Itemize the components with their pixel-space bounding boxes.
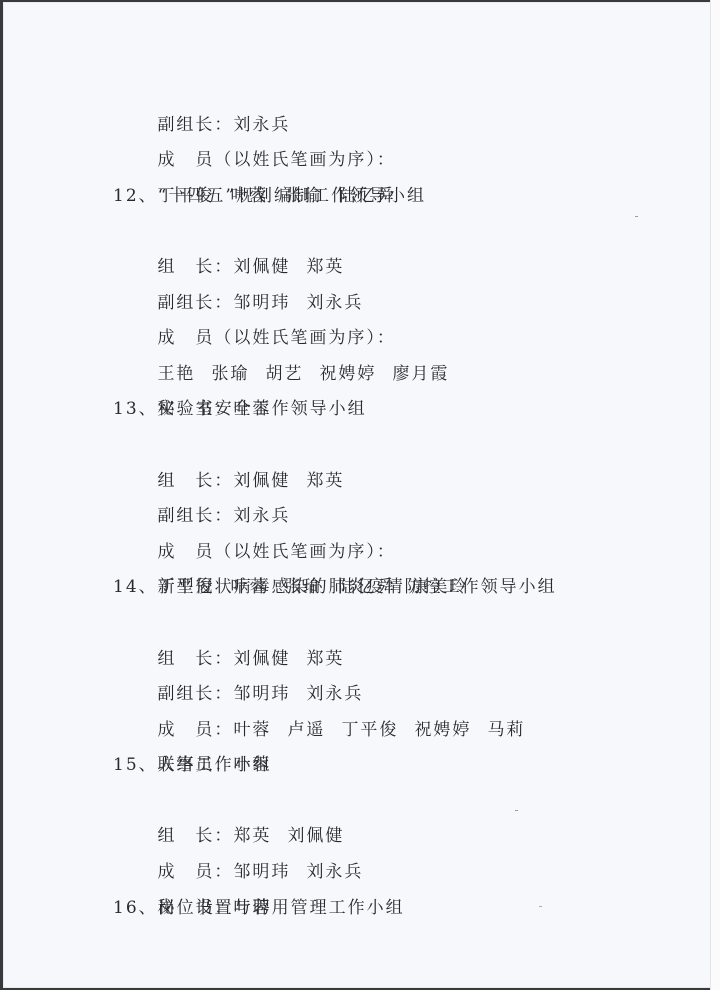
member-name: 刘佩健 <box>233 464 290 500</box>
section-heading-16: 16、岗位设置与聘用管理工作小组 <box>113 891 673 927</box>
member-name: 丁平俊 <box>341 713 398 749</box>
scan-speck <box>515 810 518 811</box>
role-line-deputy-leader: 副组长：刘永兵 <box>113 72 673 108</box>
section-heading-14: 14、新型冠状病毒感染的肺炎疫情防控工作领导小组 <box>113 570 673 606</box>
member-name: 刘佩健 <box>287 819 344 855</box>
scan-speck <box>635 216 638 217</box>
section-heading-12: 12、“十四五”规划编制工作领导小组 <box>113 179 673 215</box>
section-heading-15: 15、人事工作小组 <box>113 748 673 784</box>
role-label: 成 员（以姓氏笔画为序）： <box>157 321 396 357</box>
scan-speck <box>539 906 542 907</box>
member-name: 王艳 <box>157 357 195 393</box>
member-name: 刘永兵 <box>233 108 290 144</box>
role-line-leader: 组 长：刘佩健郑英 <box>113 214 673 250</box>
member-name: 邹明玮 <box>233 286 290 322</box>
member-name: 郑英 <box>306 642 344 678</box>
role-label: 组 长： <box>157 819 233 855</box>
scanned-page: 副组长：刘永兵 成 员（以姓氏笔画为序）： 丁平俊叶蓉张瑜陆亿舜 12、“十四五… <box>3 2 711 988</box>
role-label: 成 员（以姓氏笔画为序）： <box>157 535 396 571</box>
role-label: 副组长： <box>157 286 233 322</box>
role-label: 组 长： <box>157 642 233 678</box>
member-name: 郑英 <box>306 250 344 286</box>
member-name: 刘永兵 <box>306 286 363 322</box>
role-label: 组 长： <box>157 250 233 286</box>
scan-right-edge <box>710 0 720 990</box>
member-name: 马莉 <box>487 713 525 749</box>
role-label: 副组长： <box>157 108 233 144</box>
member-name: 邹明玮 <box>233 855 290 891</box>
member-name: 郑英 <box>233 819 271 855</box>
member-name: 廖月霞 <box>392 357 449 393</box>
member-name: 郑英 <box>306 464 344 500</box>
member-name: 刘永兵 <box>306 855 363 891</box>
role-label: 副组长： <box>157 677 233 713</box>
role-label: 副组长： <box>157 499 233 535</box>
role-line-leader: 组 长：刘佩健郑英 <box>113 606 673 642</box>
section-heading-13: 13、实验室安全工作领导小组 <box>113 392 673 428</box>
member-name: 卢遥 <box>287 713 325 749</box>
member-name: 刘佩健 <box>233 642 290 678</box>
member-name: 张瑜 <box>211 357 249 393</box>
role-label: 组 长： <box>157 464 233 500</box>
member-name: 祝娉婷 <box>414 713 471 749</box>
role-label: 成 员： <box>157 713 233 749</box>
role-line-leader: 组 长：刘佩健郑英 <box>113 428 673 464</box>
member-name: 邹明玮 <box>233 677 290 713</box>
role-label: 成 员： <box>157 855 233 891</box>
role-label: 成 员（以姓氏笔画为序）： <box>157 143 396 179</box>
member-name: 祝娉婷 <box>319 357 376 393</box>
member-name: 叶蓉 <box>233 713 271 749</box>
member-name: 刘佩健 <box>233 250 290 286</box>
member-name: 胡艺 <box>265 357 303 393</box>
member-name: 刘永兵 <box>306 677 363 713</box>
member-name: 刘永兵 <box>233 499 290 535</box>
document-body: 副组长：刘永兵 成 员（以姓氏笔画为序）： 丁平俊叶蓉张瑜陆亿舜 12、“十四五… <box>113 72 673 926</box>
role-line-leader: 组 长：郑英刘佩健 <box>113 784 673 820</box>
